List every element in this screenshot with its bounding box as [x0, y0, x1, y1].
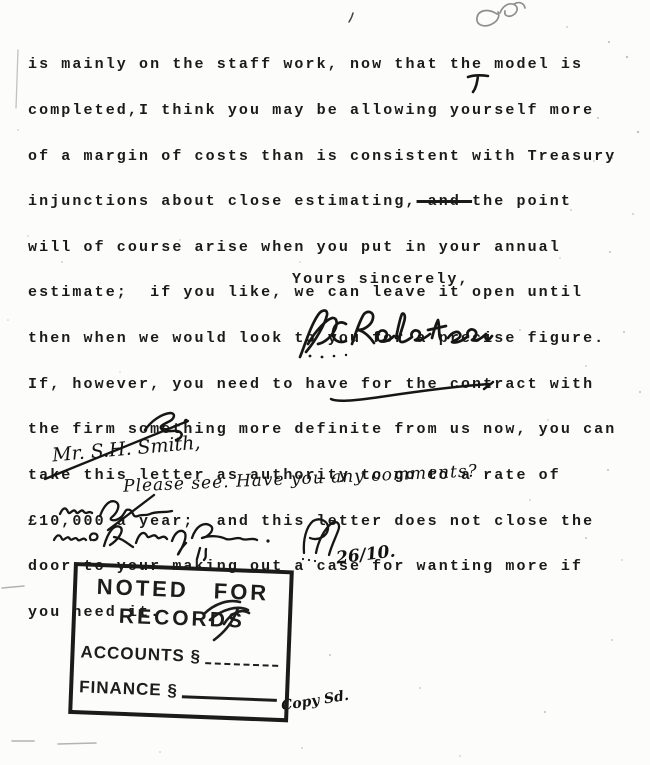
- stamp-title-line2: RECORDS: [76, 603, 289, 635]
- signature-transcription: JAC Robertson: [0, 0, 1, 1]
- accounts-blank-line: [205, 662, 279, 667]
- fold-line-mark: [16, 50, 18, 108]
- pencil-squiggle-mark: [477, 3, 525, 26]
- noted-for-records-stamp: NOTED FOR RECORDS ACCOUNTS § FINANCE §: [68, 562, 294, 722]
- stamp-title-line1: NOTED FOR: [77, 573, 290, 607]
- stamp-accounts-row: ACCOUNTS §: [80, 642, 281, 670]
- typed-line: of a margin of costs than is consistent …: [28, 149, 616, 164]
- stamp-finance-label: FINANCE §: [79, 677, 178, 701]
- scanned-letter-page: is mainly on the staff work, now that th…: [0, 0, 650, 765]
- strike-line-post: the point: [472, 193, 572, 210]
- typed-line: completed,I think you may be allowing yo…: [28, 103, 616, 118]
- struck-word: and: [417, 193, 473, 210]
- finance-blank-line: [182, 695, 277, 702]
- typed-line: If, however, you need to have for the co…: [28, 377, 616, 392]
- typed-line: is mainly on the staff work, now that th…: [28, 57, 616, 72]
- letter-body: is mainly on the staff work, now that th…: [28, 27, 616, 650]
- stamp-finance-row: FINANCE §: [79, 677, 280, 705]
- typed-line: the firm something more definite from us…: [28, 422, 616, 437]
- typed-line: then when we would look to you for a pre…: [28, 331, 616, 346]
- closing-salutation: Yours sincerely,: [292, 272, 470, 287]
- typed-line: £10,000 a year; and this letter does not…: [28, 514, 616, 529]
- stamp-accounts-label: ACCOUNTS §: [80, 642, 201, 667]
- typed-line: will of course arise when you put in you…: [28, 240, 616, 255]
- scan-tick-mark: [349, 13, 353, 22]
- copy-note-annotation: Copy Sd.: [280, 688, 350, 714]
- strike-line-pre: injunctions about close estimating,: [28, 193, 417, 210]
- initials-transcription: PA.: [0, 0, 1, 1]
- typed-line-with-strikethrough: injunctions about close estimating, and …: [28, 194, 616, 209]
